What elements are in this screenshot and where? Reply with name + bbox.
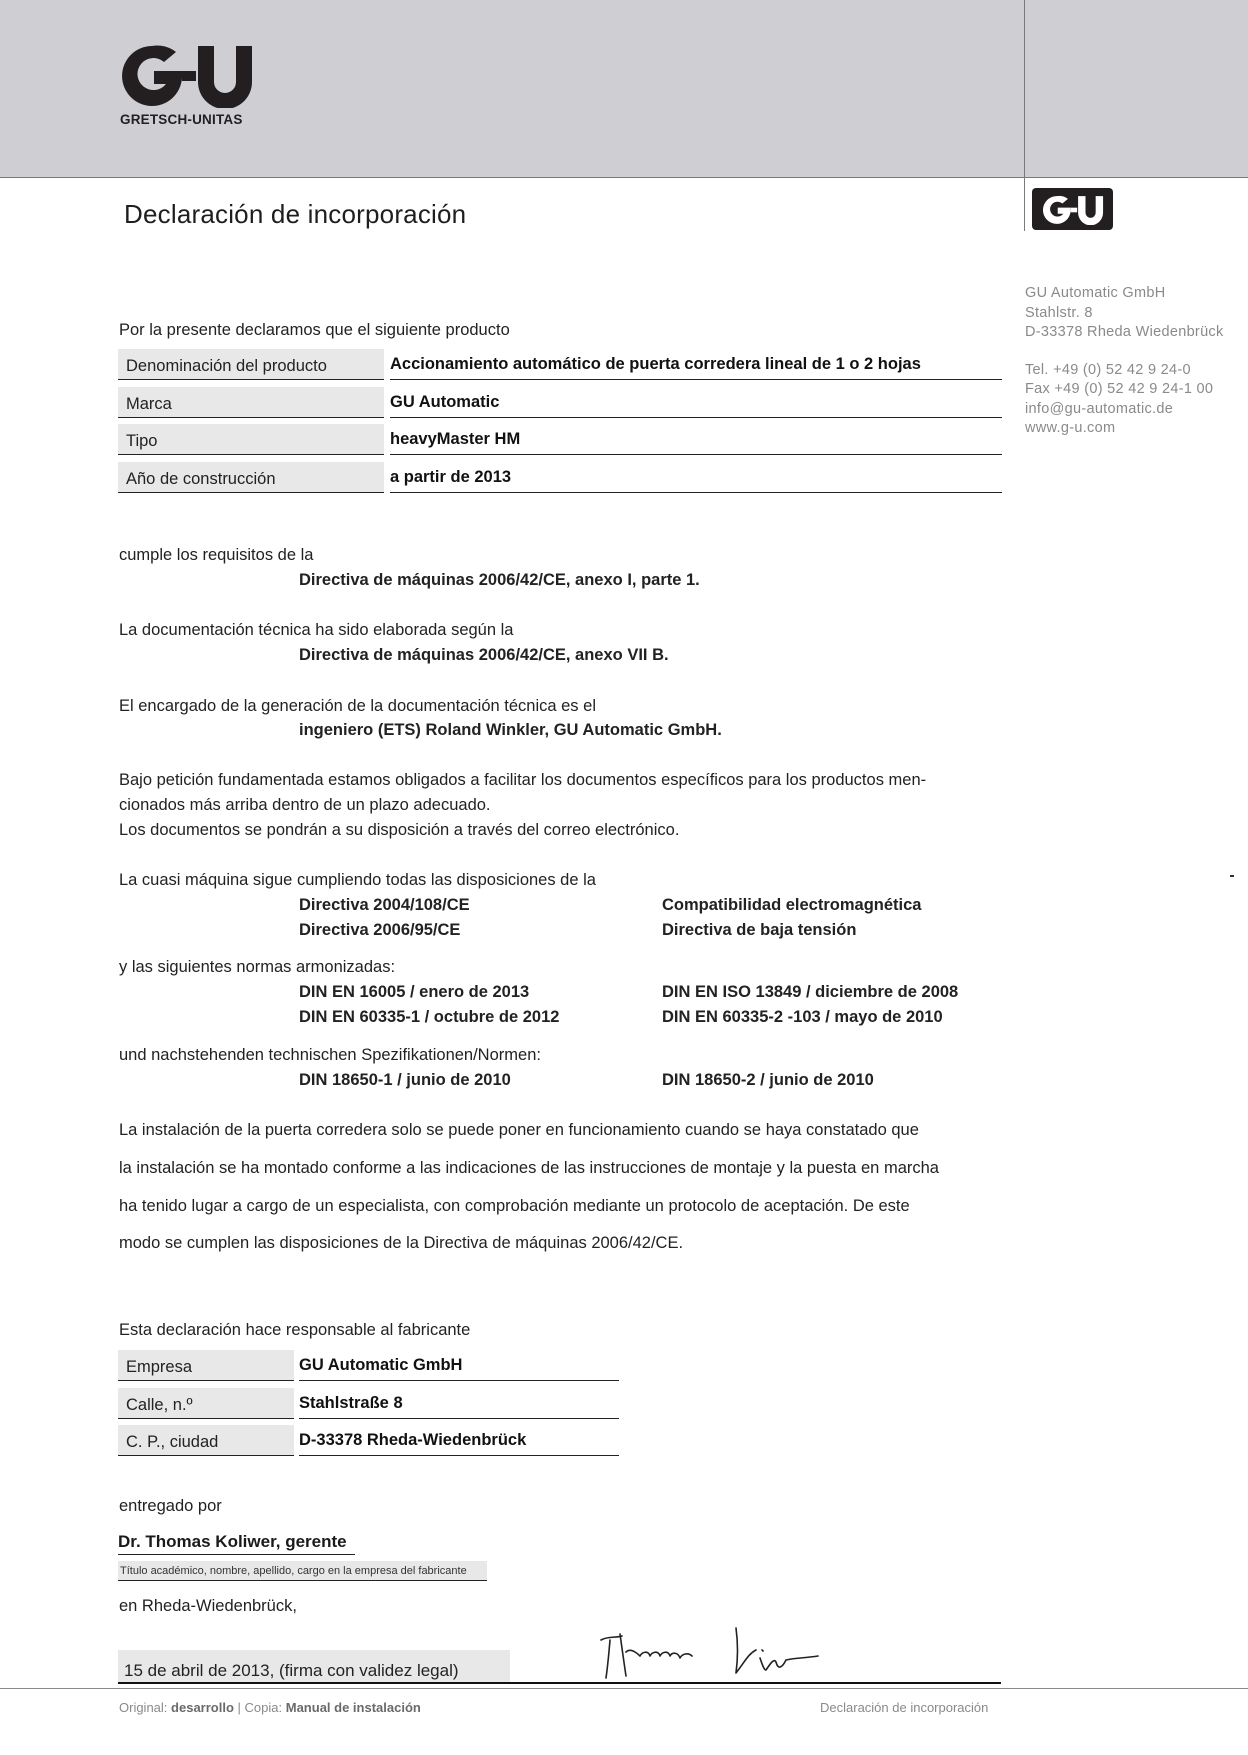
requirements-intro: cumple los requisitos de la xyxy=(119,546,313,565)
contact-city: D-33378 Rheda Wiedenbrück xyxy=(1025,323,1224,343)
field-label: C. P., ciudad xyxy=(118,1425,294,1456)
spec-item: DIN 18650-2 / junio de 2010 xyxy=(662,1071,874,1090)
footer-original-label: Original: xyxy=(119,1700,167,1715)
signatory-caption: Título académico, nombre, apellido, carg… xyxy=(118,1561,487,1581)
contact-street: Stahlstr. 8 xyxy=(1025,304,1224,324)
standard-item: DIN EN 60335-1 / octubre de 2012 xyxy=(299,1008,559,1027)
footer-left: Original: desarrollo | Copia: Manual de … xyxy=(119,1700,421,1715)
signatory-place: en Rheda-Wiedenbrück, xyxy=(119,1597,297,1616)
signature-icon xyxy=(596,1618,846,1689)
field-value: Accionamiento automático de puerta corre… xyxy=(390,349,1002,380)
field-value: a partir de 2013 xyxy=(390,462,1002,493)
logo-subtitle: GRETSCH-UNITAS xyxy=(120,112,254,127)
installation-line-4: modo se cumplen las disposiciones de la … xyxy=(119,1234,683,1253)
field-value: GU Automatic GmbH xyxy=(299,1350,619,1381)
contact-fax: Fax +49 (0) 52 42 9 24-1 00 xyxy=(1025,380,1224,400)
directive-name: Directiva de baja tensión xyxy=(662,921,856,940)
contact-email[interactable]: info@gu-automatic.de xyxy=(1025,400,1224,420)
contact-block: GU Automatic GmbH Stahlstr. 8 D-33378 Rh… xyxy=(1025,284,1224,439)
requirements-directive: Directiva de máquinas 2006/42/CE, anexo … xyxy=(299,571,700,590)
signatory-intro: entregado por xyxy=(119,1497,222,1516)
gu-logo-icon xyxy=(120,44,254,108)
field-value: D-33378 Rheda-Wiedenbrück xyxy=(299,1425,619,1456)
directive-name: Compatibilidad electromagnética xyxy=(662,896,921,915)
manufacturer-intro: Esta declaración hace responsable al fab… xyxy=(119,1321,470,1340)
contact-web[interactable]: www.g-u.com xyxy=(1025,419,1224,439)
field-label: Tipo xyxy=(118,424,384,455)
gu-small-logo-icon xyxy=(1032,188,1113,230)
contact-tel: Tel. +49 (0) 52 42 9 24-0 xyxy=(1025,361,1224,381)
tech-specs-intro: und nachstehenden technischen Spezifikat… xyxy=(119,1046,541,1065)
request-line-2: cionados más arriba dentro de un plazo a… xyxy=(119,796,491,815)
edge-mark xyxy=(1230,875,1234,877)
gu-logo: GRETSCH-UNITAS xyxy=(120,44,254,127)
installation-line-3: ha tenido lugar a cargo de un especialis… xyxy=(119,1197,910,1216)
spec-item: DIN 18650-1 / junio de 2010 xyxy=(299,1071,511,1090)
field-label: Empresa xyxy=(118,1350,294,1381)
other-directives-intro: La cuasi máquina sigue cumpliendo todas … xyxy=(119,871,596,890)
responsible-intro: El encargado de la generación de la docu… xyxy=(119,697,596,716)
field-value: Stahlstraße 8 xyxy=(299,1388,619,1419)
standard-item: DIN EN ISO 13849 / diciembre de 2008 xyxy=(662,983,958,1002)
field-label: Calle, n.º xyxy=(118,1388,294,1419)
request-line-3: Los documentos se pondrán a su disposici… xyxy=(119,821,679,840)
signature-date: 15 de abril de 2013, (firma con validez … xyxy=(118,1650,510,1683)
responsible-person: ingeniero (ETS) Roland Winkler, GU Autom… xyxy=(299,721,722,740)
footer-copy-label: Copia: xyxy=(245,1700,283,1715)
installation-line-1: La instalación de la puerta corredera so… xyxy=(119,1121,919,1140)
footer-separator: | xyxy=(238,1700,241,1715)
field-label: Denominación del producto xyxy=(118,349,384,380)
field-value: GU Automatic xyxy=(390,387,1002,418)
signatory-name: Dr. Thomas Koliwer, gerente xyxy=(118,1532,355,1555)
contact-company: GU Automatic GmbH xyxy=(1025,284,1224,304)
footer-original-value: desarrollo xyxy=(171,1700,234,1715)
field-label: Año de construcción xyxy=(118,462,384,493)
directive-code: Directiva 2006/95/CE xyxy=(299,921,460,940)
installation-line-2: la instalación se ha montado conforme a … xyxy=(119,1159,939,1178)
harmonized-intro: y las siguientes normas armonizadas: xyxy=(119,958,395,977)
product-intro: Por la presente declaramos que el siguie… xyxy=(119,321,510,340)
document-title: Declaración de incorporación xyxy=(124,199,466,230)
vertical-divider xyxy=(1024,0,1025,231)
footer-copy-value: Manual de instalación xyxy=(286,1700,421,1715)
request-line-1: Bajo petición fundamentada estamos oblig… xyxy=(119,771,926,790)
field-label: Marca xyxy=(118,387,384,418)
field-value: heavyMaster HM xyxy=(390,424,1002,455)
footer-right: Declaración de incorporación xyxy=(820,1700,988,1715)
standard-item: DIN EN 60335-2 -103 / mayo de 2010 xyxy=(662,1008,943,1027)
directive-code: Directiva 2004/108/CE xyxy=(299,896,470,915)
techdoc-intro: La documentación técnica ha sido elabora… xyxy=(119,621,513,640)
footer-divider xyxy=(0,1688,1248,1689)
techdoc-directive: Directiva de máquinas 2006/42/CE, anexo … xyxy=(299,646,669,665)
signature-rule xyxy=(118,1682,1001,1684)
standard-item: DIN EN 16005 / enero de 2013 xyxy=(299,983,529,1002)
